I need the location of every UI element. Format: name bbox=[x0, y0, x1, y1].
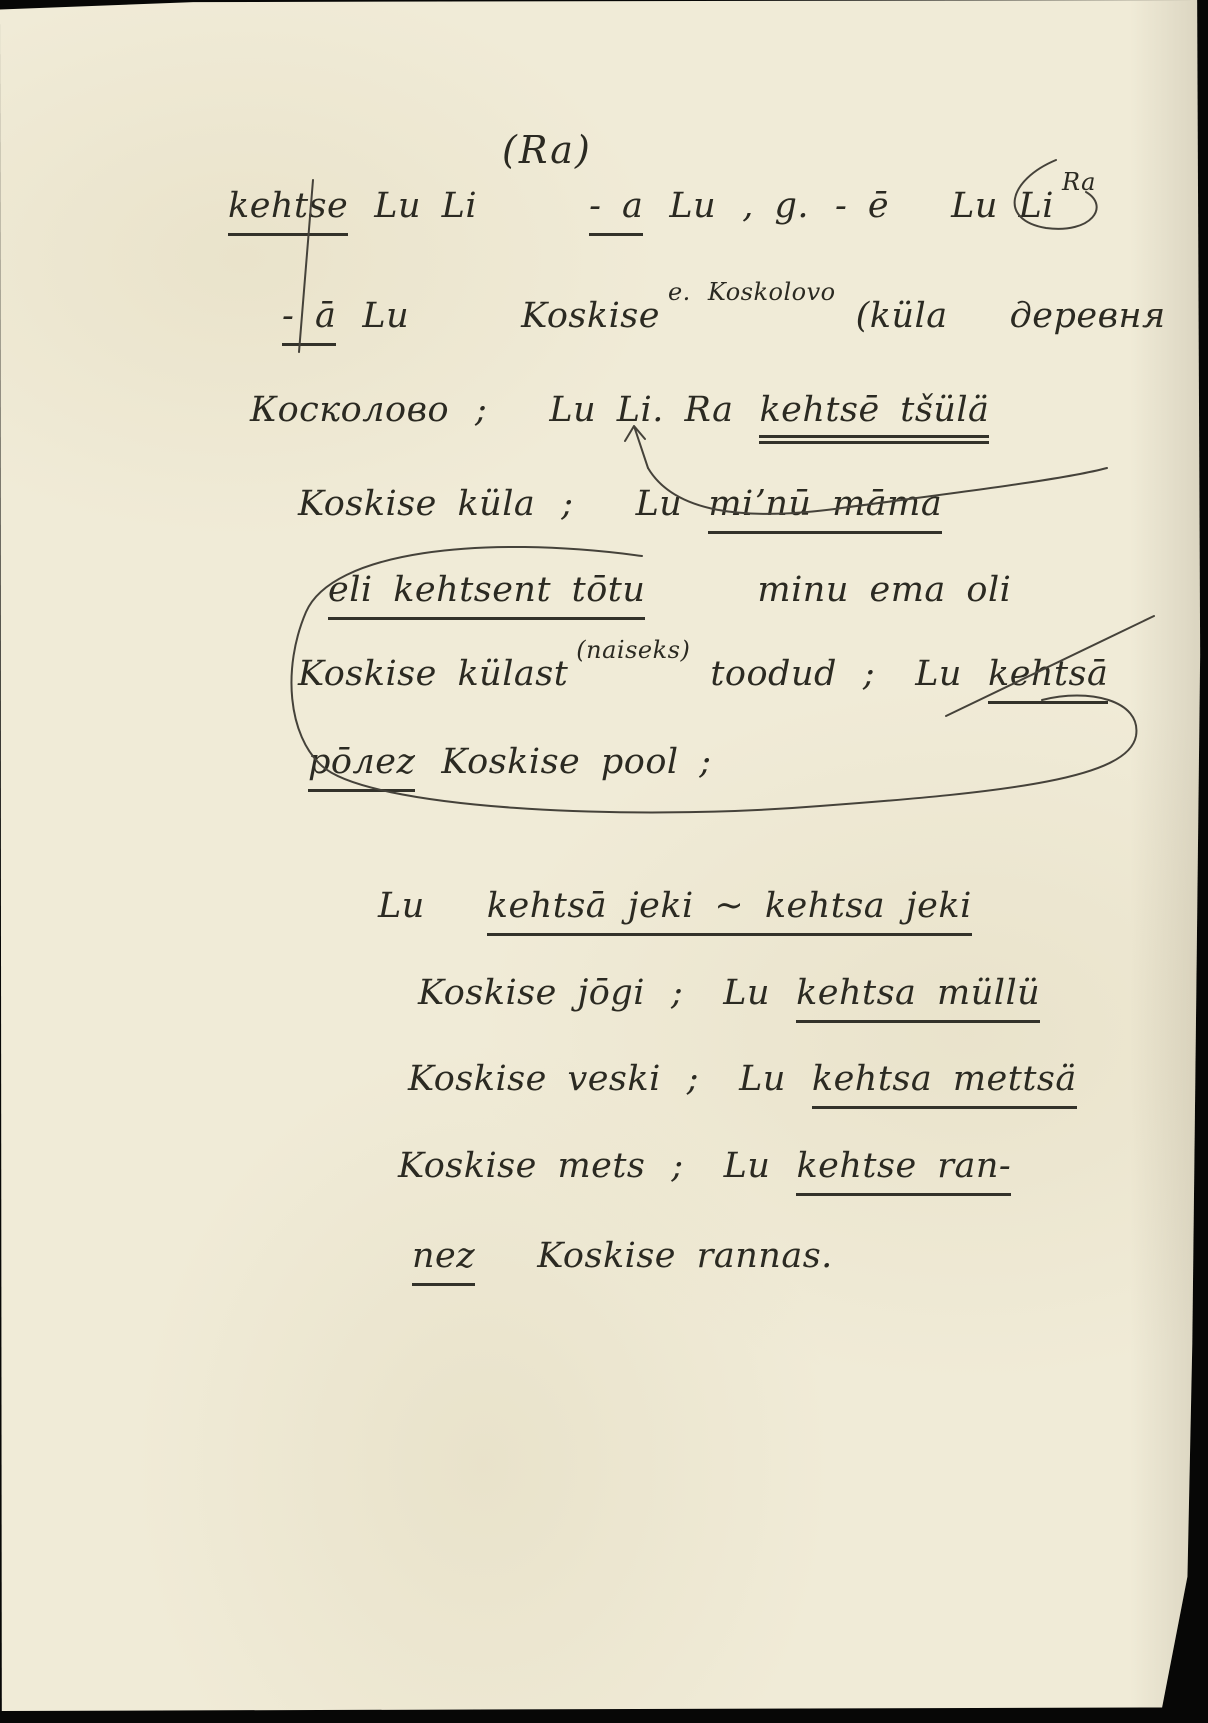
text-segment: Lu Li. Ra bbox=[549, 390, 733, 430]
text-segment: Koskise mets bbox=[398, 1146, 645, 1186]
text-segment: Lu bbox=[636, 484, 683, 524]
text-segment: Lu Li bbox=[951, 186, 1054, 226]
handwritten-line: kehtseLu Li- aLu, g.- ēLu LiRa bbox=[228, 186, 1090, 236]
text-segment: Koskise veski bbox=[408, 1059, 661, 1099]
text-segment: Koskise jōgi bbox=[418, 973, 645, 1013]
manuscript-page: (Ra) kehtseLu Li- aLu, g.- ēLu LiRa- āLu… bbox=[0, 0, 1208, 1723]
text-segment: ; bbox=[671, 1146, 683, 1186]
text-segment: Koskise küla bbox=[298, 484, 535, 524]
text-segment: kehtsā bbox=[988, 654, 1108, 704]
superscript-insertion: (naiseks) bbox=[576, 636, 690, 664]
text-segment: Lu bbox=[378, 886, 425, 926]
handwritten-line: Lukehtsā jeki ~ kehtsa jeki bbox=[378, 886, 972, 936]
text-segment: eli kehtsent tōtu bbox=[328, 570, 645, 620]
text-segment: Lu bbox=[915, 654, 962, 694]
text-segment: kehtsē tšülä bbox=[759, 390, 989, 444]
text-segment: nez bbox=[412, 1236, 475, 1286]
text-segment: Lu bbox=[362, 296, 409, 336]
text-segment: - a bbox=[589, 186, 643, 236]
text-segment: kehtsa müllü bbox=[796, 973, 1040, 1023]
text-segment: Lu bbox=[739, 1059, 786, 1099]
text-segment: Koskise bbox=[521, 296, 660, 336]
text-segment: Koskise pool ; bbox=[441, 742, 711, 782]
text-segment: Lu bbox=[724, 1146, 771, 1186]
handwritten-line: Koskise mets;Lukehtse ran- bbox=[398, 1146, 1011, 1196]
handwritten-line: Косколово;Lu Li. Rakehtsē tšülä bbox=[250, 390, 989, 444]
text-segment: - ā bbox=[282, 296, 336, 346]
handwritten-line: Koskise külast(naiseks)toodud;Lukehtsā bbox=[298, 654, 1108, 704]
text-segment: , g. bbox=[742, 186, 809, 226]
text-segment: kehtsā jeki ~ kehtsa jeki bbox=[487, 886, 972, 936]
text-segment: Lu bbox=[669, 186, 716, 226]
text-segment: Koskise külast bbox=[298, 654, 568, 694]
text-segment: ; bbox=[475, 390, 487, 430]
text-segment: kehtsa mettsä bbox=[812, 1059, 1077, 1109]
text-segment: Koskise rannas. bbox=[537, 1236, 833, 1276]
text-segment: kehtse ran- bbox=[796, 1146, 1011, 1196]
handwritten-line: Koskise veski;Lukehtsa mettsä bbox=[408, 1059, 1077, 1109]
text-segment: pōлez bbox=[308, 742, 415, 792]
handwritten-line: Koskise jōgi;Lukehtsa müllü bbox=[418, 973, 1040, 1023]
text-segment: - ē bbox=[835, 186, 889, 226]
handwritten-line: eli kehtsent tōtuminu ema oli bbox=[328, 570, 1011, 620]
text-segment: Lu bbox=[723, 973, 770, 1013]
text-segment: minu ema oli bbox=[757, 570, 1011, 610]
text-segment: toodud bbox=[710, 654, 837, 694]
handwritten-line: pōлezKoskise pool ; bbox=[308, 742, 712, 792]
text-segment: ; bbox=[561, 484, 573, 524]
text-segment: Косколово bbox=[250, 390, 449, 430]
text-segment: kehtse bbox=[228, 186, 348, 236]
handwritten-line: Koskise küla;Lumiʼnū māma bbox=[298, 484, 942, 534]
text-segment: ; bbox=[863, 654, 875, 694]
text-segment: деревня bbox=[1010, 296, 1166, 336]
text-segment: ; bbox=[687, 1059, 699, 1099]
text-segment: miʼnū māma bbox=[708, 484, 942, 534]
superscript-insertion: e. Koskolovo bbox=[668, 278, 836, 306]
text-segment: ; bbox=[671, 973, 683, 1013]
handwritten-line: - āLuKoskisee. Koskolovo(külaдеревня bbox=[282, 296, 1166, 346]
scanned-manuscript: { "header": { "center": "(Ra)" }, "color… bbox=[0, 0, 1208, 1723]
text-segment: (küla bbox=[856, 296, 948, 336]
handwritten-lines: kehtseLu Li- aLu, g.- ēLu LiRa- āLuKoski… bbox=[0, 0, 1208, 1723]
handwritten-line: nezKoskise rannas. bbox=[412, 1236, 833, 1286]
superscript-insertion: Ra bbox=[1062, 168, 1096, 196]
text-segment: Lu Li bbox=[374, 186, 477, 226]
